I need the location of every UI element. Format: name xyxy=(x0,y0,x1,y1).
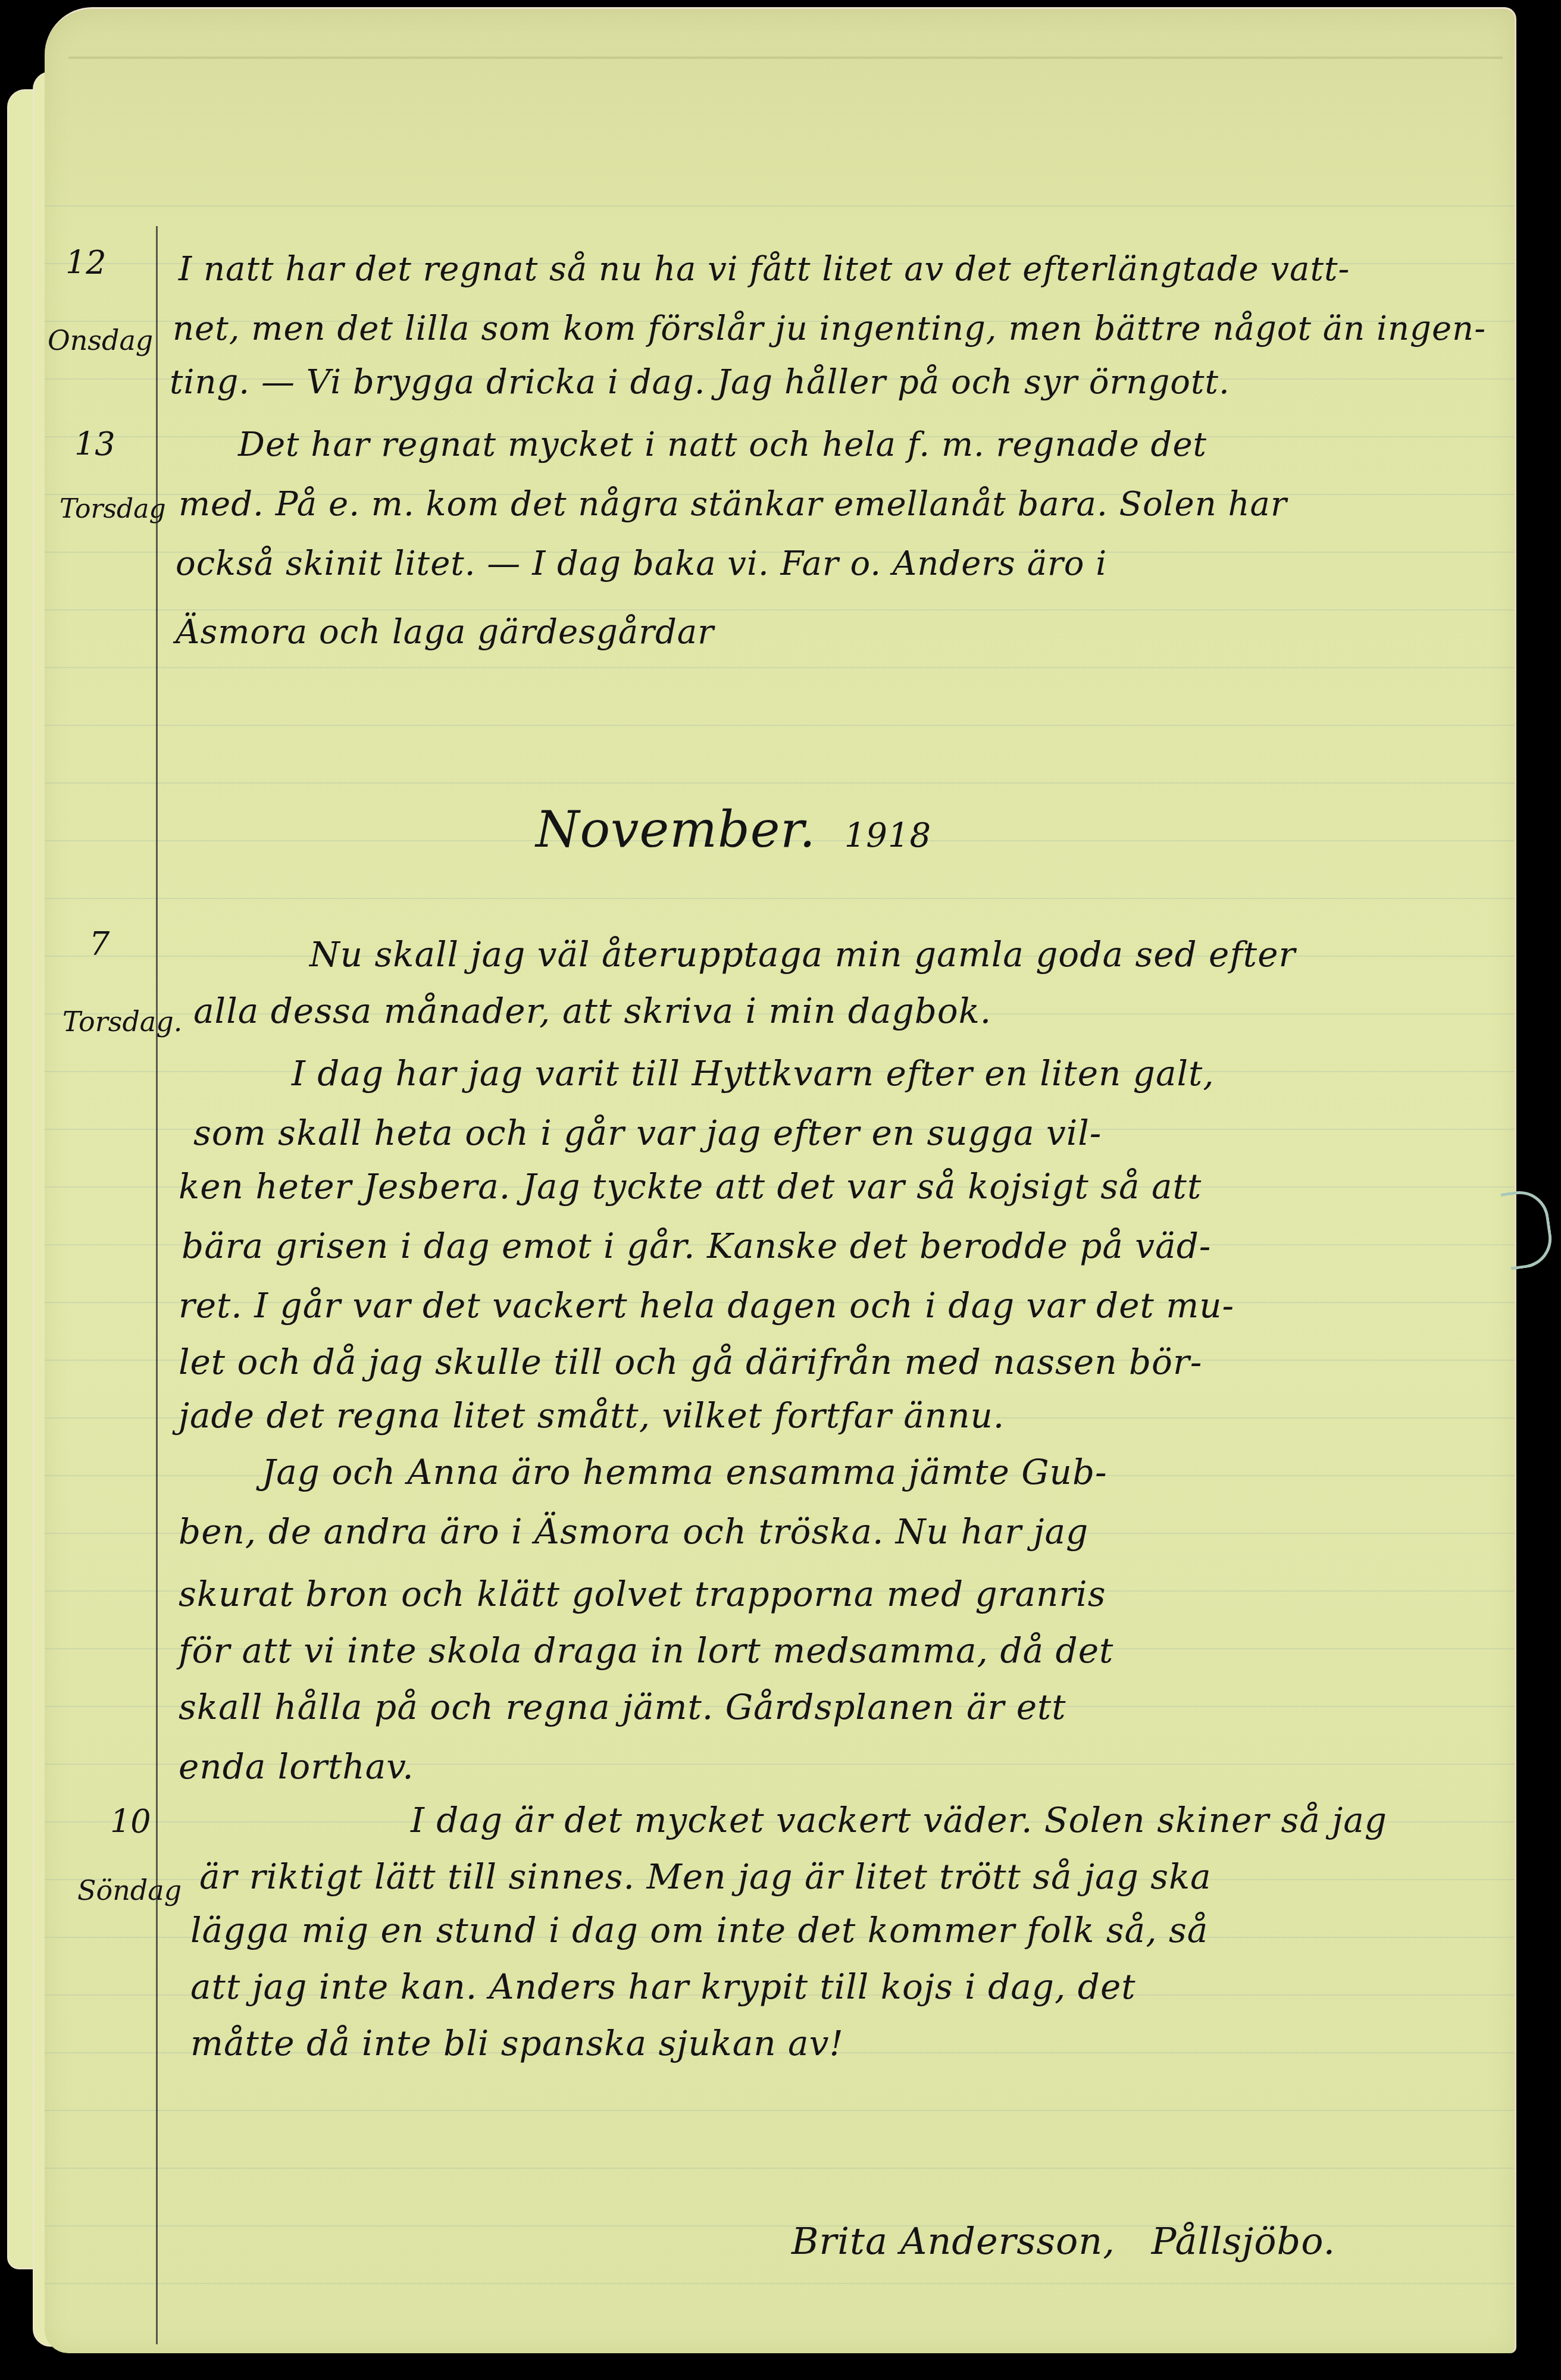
entry-line: som skall heta och i går var jag efter e… xyxy=(193,1113,1102,1153)
entry-line: är riktigt lätt till sinnes. Men jag är … xyxy=(199,1856,1212,1897)
entry-line: enda lorthav. xyxy=(179,1746,414,1787)
weekday: Torsdag xyxy=(60,494,166,524)
year: 1918 xyxy=(844,816,932,855)
entry-line: ben, de andra äro i Äsmora och tröska. N… xyxy=(179,1511,1088,1552)
entry-line: jade det regna litet smått, vilket fortf… xyxy=(179,1395,1005,1436)
entry-line: ret. I går var det vackert hela dagen oc… xyxy=(179,1285,1234,1326)
entry-line: ting. — Vi brygga dricka i dag. Jag håll… xyxy=(170,363,1230,402)
month-heading: November. 1918 xyxy=(536,800,931,859)
entry-line: Äsmora och laga gärdesgårdar xyxy=(176,613,714,652)
day-number: 13 xyxy=(74,425,115,463)
ruled-line xyxy=(45,725,1515,726)
day-number: 12 xyxy=(65,244,107,281)
weekday: Onsdag xyxy=(48,324,153,356)
entry-line: för att vi inte skola draga in lort meds… xyxy=(179,1630,1113,1671)
entry-line: ken heter Jesbera. Jag tyckte att det va… xyxy=(179,1166,1202,1207)
ruled-line xyxy=(45,2168,1515,2169)
weekday: Söndag xyxy=(77,1874,182,1906)
entry-line: att jag inte kan. Anders har krypit till… xyxy=(190,1966,1136,2007)
entry-line: alla dessa månader, att skriva i min dag… xyxy=(193,991,991,1031)
weekday: Torsdag. xyxy=(62,1006,182,1038)
signature-name: Brita Andersson, xyxy=(792,2219,1115,2263)
ruled-line xyxy=(45,898,1515,899)
entry-line: skurat bron och klätt golvet trapporna m… xyxy=(179,1574,1106,1614)
signature: Brita Andersson, Pållsjöbo. xyxy=(792,2219,1335,2263)
ruled-line xyxy=(45,609,1515,610)
ruled-line xyxy=(45,782,1515,784)
entry-line: I dag har jag varit till Hyttkvarn efter… xyxy=(292,1053,1215,1094)
entry-line: I natt har det regnat så nu ha vi fått l… xyxy=(179,250,1350,289)
entry-line: också skinit litet. — I dag baka vi. Far… xyxy=(176,544,1107,583)
ruled-line xyxy=(45,2110,1515,2111)
ruled-line xyxy=(45,2283,1515,2284)
entry-line: bära grisen i dag emot i går. Kanske det… xyxy=(182,1226,1211,1266)
entry-line: Det har regnat mycket i natt och hela f.… xyxy=(238,425,1207,464)
entry-line: net, men det lilla som kom förslår ju in… xyxy=(173,309,1486,348)
page-fold-line xyxy=(68,57,1503,59)
entry-line: med. På e. m. kom det några stänkar emel… xyxy=(179,485,1287,524)
entry-line: Jag och Anna äro hemma ensamma jämte Gub… xyxy=(262,1452,1108,1492)
day-number: 10 xyxy=(110,1803,151,1840)
entry-line: I dag är det mycket vackert väder. Solen… xyxy=(411,1800,1387,1840)
entry-line: skall hålla på och regna jämt. Gårdsplan… xyxy=(179,1687,1066,1727)
month-name: November. xyxy=(536,800,816,859)
entry-line: let och då jag skulle till och gå därifr… xyxy=(179,1342,1202,1382)
ruled-line xyxy=(45,667,1515,668)
margin-rule xyxy=(156,226,158,2344)
entry-line: måtte då inte bli spanska sjukan av! xyxy=(190,2023,844,2063)
entry-line: lägga mig en stund i dag om inte det kom… xyxy=(190,1910,1208,1950)
ruled-line xyxy=(45,205,1515,206)
entry-line: Nu skall jag väl återupptaga min gamla g… xyxy=(309,934,1296,975)
signature-place: Pållsjöbo. xyxy=(1152,2219,1336,2263)
day-number: 7 xyxy=(89,925,110,963)
